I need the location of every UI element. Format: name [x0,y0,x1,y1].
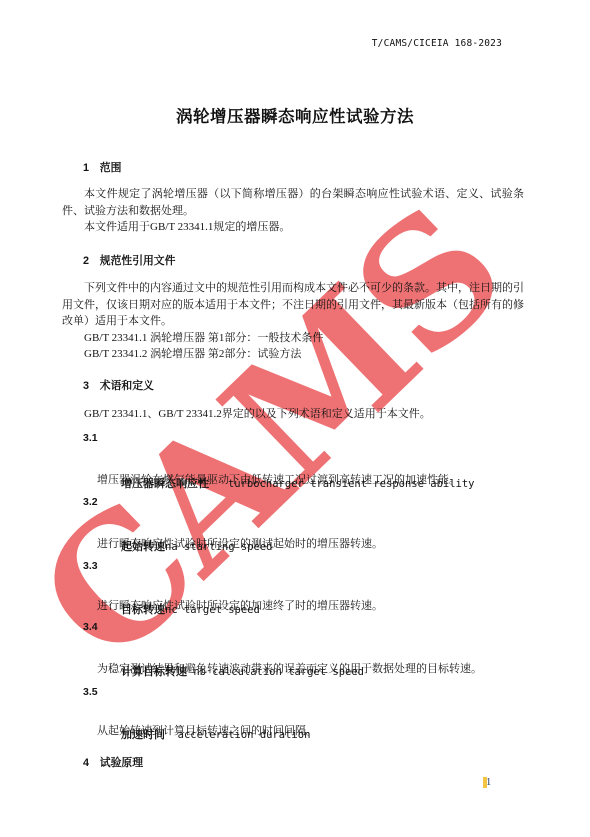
term-definition: 从起始转速到计算目标转速之间的时间间隔。 [97,723,527,739]
clause2-para1: 下列文件中的内容通过文中的规范性引用而构成本文件必不可少的条款。其中，注日期的引… [62,280,524,330]
document-page: CAMS T/CAMS/CICEIA 168-2023 涡轮增压器瞬态响应性试验… [0,0,590,837]
reference-item: GB/T 23341.2 涡轮增压器 第2部分：试验方法 [84,346,301,363]
clause3-para1: GB/T 23341.1、GB/T 23341.2界定的以及下列术语和定义适用于… [62,406,524,423]
term-definition: 进行瞬态响应性试验时所设定的测试起始时的增压器转速。 [97,536,527,552]
term-number: 3.1 [83,432,98,444]
doc-title: 涡轮增压器瞬态响应性试验方法 [0,103,590,127]
page-number-value: 1 [486,777,491,788]
term-number: 3.2 [83,496,98,508]
term-number: 3.3 [83,560,98,572]
term-number: 3.5 [83,686,98,698]
clause1-para2: 本文件适用于GB/T 23341.1规定的增压器。 [62,219,524,236]
term-definition: 进行瞬态响应性试验时所设定的加速终了时的增压器转速。 [97,598,527,614]
page-content: T/CAMS/CICEIA 168-2023 涡轮增压器瞬态响应性试验方法 1 … [0,0,590,837]
clause4-heading: 4 试验原理 [83,755,143,770]
doc-code: T/CAMS/CICEIA 168-2023 [372,38,502,49]
clause3-heading: 3 术语和定义 [83,378,154,393]
term-definition: 为稳定测试结果和避免转速波动带来的误差而定义的用于数据处理的目标转速。 [97,661,527,677]
term-number: 3.4 [83,621,98,633]
reference-item: GB/T 23341.1 涡轮增压器 第1部分：一般技术条件 [84,330,323,347]
term-definition: 增压器涡轮在燃气能量驱动下由低转速工况过渡到高转速工况的加速性能。 [97,472,527,488]
clause1-heading: 1 范围 [83,160,121,175]
clause2-heading: 2 规范性引用文件 [83,253,175,268]
clause1-para1: 本文件规定了涡轮增压器（以下简称增压器）的台架瞬态响应性试验术语、定义、试验条件… [62,186,524,219]
page-number: 1 [483,773,491,785]
